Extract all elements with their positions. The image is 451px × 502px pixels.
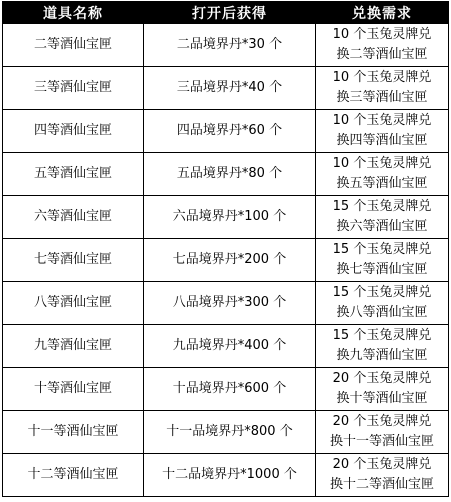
requirement-line-2: 换七等酒仙宝匣 (316, 260, 448, 280)
item-name-cell: 五等酒仙宝匣 (3, 153, 144, 196)
requirement-line-1: 10 个玉兔灵牌兑 (316, 68, 448, 88)
requirement-line-1: 20 个玉兔灵牌兑 (316, 412, 448, 432)
item-name-cell: 二等酒仙宝匣 (3, 24, 144, 67)
item-name-cell: 十二等酒仙宝匣 (3, 454, 144, 497)
item-name-cell: 七等酒仙宝匣 (3, 239, 144, 282)
table-row: 六等酒仙宝匣 六品境界丹*100 个 15 个玉兔灵牌兑换六等酒仙宝匣 (3, 196, 449, 239)
header-reward: 打开后获得 (144, 2, 316, 24)
item-name-cell: 八等酒仙宝匣 (3, 282, 144, 325)
exchange-table-container: 道具名称 打开后获得 兑换需求 二等酒仙宝匣 二品境界丹*30 个 10 个玉兔… (2, 1, 448, 497)
table-row: 八等酒仙宝匣 八品境界丹*300 个 15 个玉兔灵牌兑换八等酒仙宝匣 (3, 282, 449, 325)
requirement-line-2: 换八等酒仙宝匣 (316, 303, 448, 323)
requirement-line-1: 20 个玉兔灵牌兑 (316, 455, 448, 475)
requirement-cell: 10 个玉兔灵牌兑换二等酒仙宝匣 (316, 24, 449, 67)
table-row: 十二等酒仙宝匣 十二品境界丹*1000 个 20 个玉兔灵牌兑换十二等酒仙宝匣 (3, 454, 449, 497)
requirement-cell: 15 个玉兔灵牌兑换八等酒仙宝匣 (316, 282, 449, 325)
requirement-line-2: 换五等酒仙宝匣 (316, 174, 448, 194)
reward-cell: 十品境界丹*600 个 (144, 368, 316, 411)
requirement-cell: 15 个玉兔灵牌兑换九等酒仙宝匣 (316, 325, 449, 368)
requirement-cell: 15 个玉兔灵牌兑换六等酒仙宝匣 (316, 196, 449, 239)
table-row: 九等酒仙宝匣 九品境界丹*400 个 15 个玉兔灵牌兑换九等酒仙宝匣 (3, 325, 449, 368)
requirement-cell: 15 个玉兔灵牌兑换七等酒仙宝匣 (316, 239, 449, 282)
requirement-line-1: 20 个玉兔灵牌兑 (316, 369, 448, 389)
requirement-line-2: 换六等酒仙宝匣 (316, 217, 448, 237)
requirement-cell: 20 个玉兔灵牌兑换十一等酒仙宝匣 (316, 411, 449, 454)
item-name-cell: 十等酒仙宝匣 (3, 368, 144, 411)
table-row: 十一等酒仙宝匣 十一品境界丹*800 个 20 个玉兔灵牌兑换十一等酒仙宝匣 (3, 411, 449, 454)
table-row: 二等酒仙宝匣 二品境界丹*30 个 10 个玉兔灵牌兑换二等酒仙宝匣 (3, 24, 449, 67)
item-name-cell: 三等酒仙宝匣 (3, 67, 144, 110)
requirement-line-2: 换三等酒仙宝匣 (316, 88, 448, 108)
reward-cell: 四品境界丹*60 个 (144, 110, 316, 153)
exchange-table: 道具名称 打开后获得 兑换需求 二等酒仙宝匣 二品境界丹*30 个 10 个玉兔… (2, 1, 449, 497)
header-requirement: 兑换需求 (316, 2, 449, 24)
requirement-cell: 20 个玉兔灵牌兑换十等酒仙宝匣 (316, 368, 449, 411)
requirement-line-1: 15 个玉兔灵牌兑 (316, 283, 448, 303)
reward-cell: 二品境界丹*30 个 (144, 24, 316, 67)
table-header-row: 道具名称 打开后获得 兑换需求 (3, 2, 449, 24)
reward-cell: 三品境界丹*40 个 (144, 67, 316, 110)
requirement-cell: 10 个玉兔灵牌兑换三等酒仙宝匣 (316, 67, 449, 110)
item-name-cell: 四等酒仙宝匣 (3, 110, 144, 153)
table-row: 三等酒仙宝匣 三品境界丹*40 个 10 个玉兔灵牌兑换三等酒仙宝匣 (3, 67, 449, 110)
requirement-line-1: 15 个玉兔灵牌兑 (316, 240, 448, 260)
reward-cell: 九品境界丹*400 个 (144, 325, 316, 368)
item-name-cell: 九等酒仙宝匣 (3, 325, 144, 368)
table-row: 十等酒仙宝匣 十品境界丹*600 个 20 个玉兔灵牌兑换十等酒仙宝匣 (3, 368, 449, 411)
requirement-line-1: 10 个玉兔灵牌兑 (316, 154, 448, 174)
requirement-line-2: 换十二等酒仙宝匣 (316, 475, 448, 495)
requirement-line-2: 换二等酒仙宝匣 (316, 45, 448, 65)
requirement-line-2: 换十一等酒仙宝匣 (316, 432, 448, 452)
table-row: 七等酒仙宝匣 七品境界丹*200 个 15 个玉兔灵牌兑换七等酒仙宝匣 (3, 239, 449, 282)
header-item-name: 道具名称 (3, 2, 144, 24)
requirement-line-2: 换四等酒仙宝匣 (316, 131, 448, 151)
reward-cell: 八品境界丹*300 个 (144, 282, 316, 325)
requirement-line-1: 10 个玉兔灵牌兑 (316, 25, 448, 45)
table-row: 五等酒仙宝匣 五品境界丹*80 个 10 个玉兔灵牌兑换五等酒仙宝匣 (3, 153, 449, 196)
requirement-line-2: 换十等酒仙宝匣 (316, 389, 448, 409)
reward-cell: 十一品境界丹*800 个 (144, 411, 316, 454)
requirement-line-1: 15 个玉兔灵牌兑 (316, 326, 448, 346)
item-name-cell: 六等酒仙宝匣 (3, 196, 144, 239)
item-name-cell: 十一等酒仙宝匣 (3, 411, 144, 454)
requirement-line-1: 15 个玉兔灵牌兑 (316, 197, 448, 217)
requirement-cell: 20 个玉兔灵牌兑换十二等酒仙宝匣 (316, 454, 449, 497)
requirement-cell: 10 个玉兔灵牌兑换四等酒仙宝匣 (316, 110, 449, 153)
requirement-line-1: 10 个玉兔灵牌兑 (316, 111, 448, 131)
requirement-line-2: 换九等酒仙宝匣 (316, 346, 448, 366)
table-row: 四等酒仙宝匣 四品境界丹*60 个 10 个玉兔灵牌兑换四等酒仙宝匣 (3, 110, 449, 153)
reward-cell: 六品境界丹*100 个 (144, 196, 316, 239)
reward-cell: 五品境界丹*80 个 (144, 153, 316, 196)
reward-cell: 七品境界丹*200 个 (144, 239, 316, 282)
requirement-cell: 10 个玉兔灵牌兑换五等酒仙宝匣 (316, 153, 449, 196)
reward-cell: 十二品境界丹*1000 个 (144, 454, 316, 497)
